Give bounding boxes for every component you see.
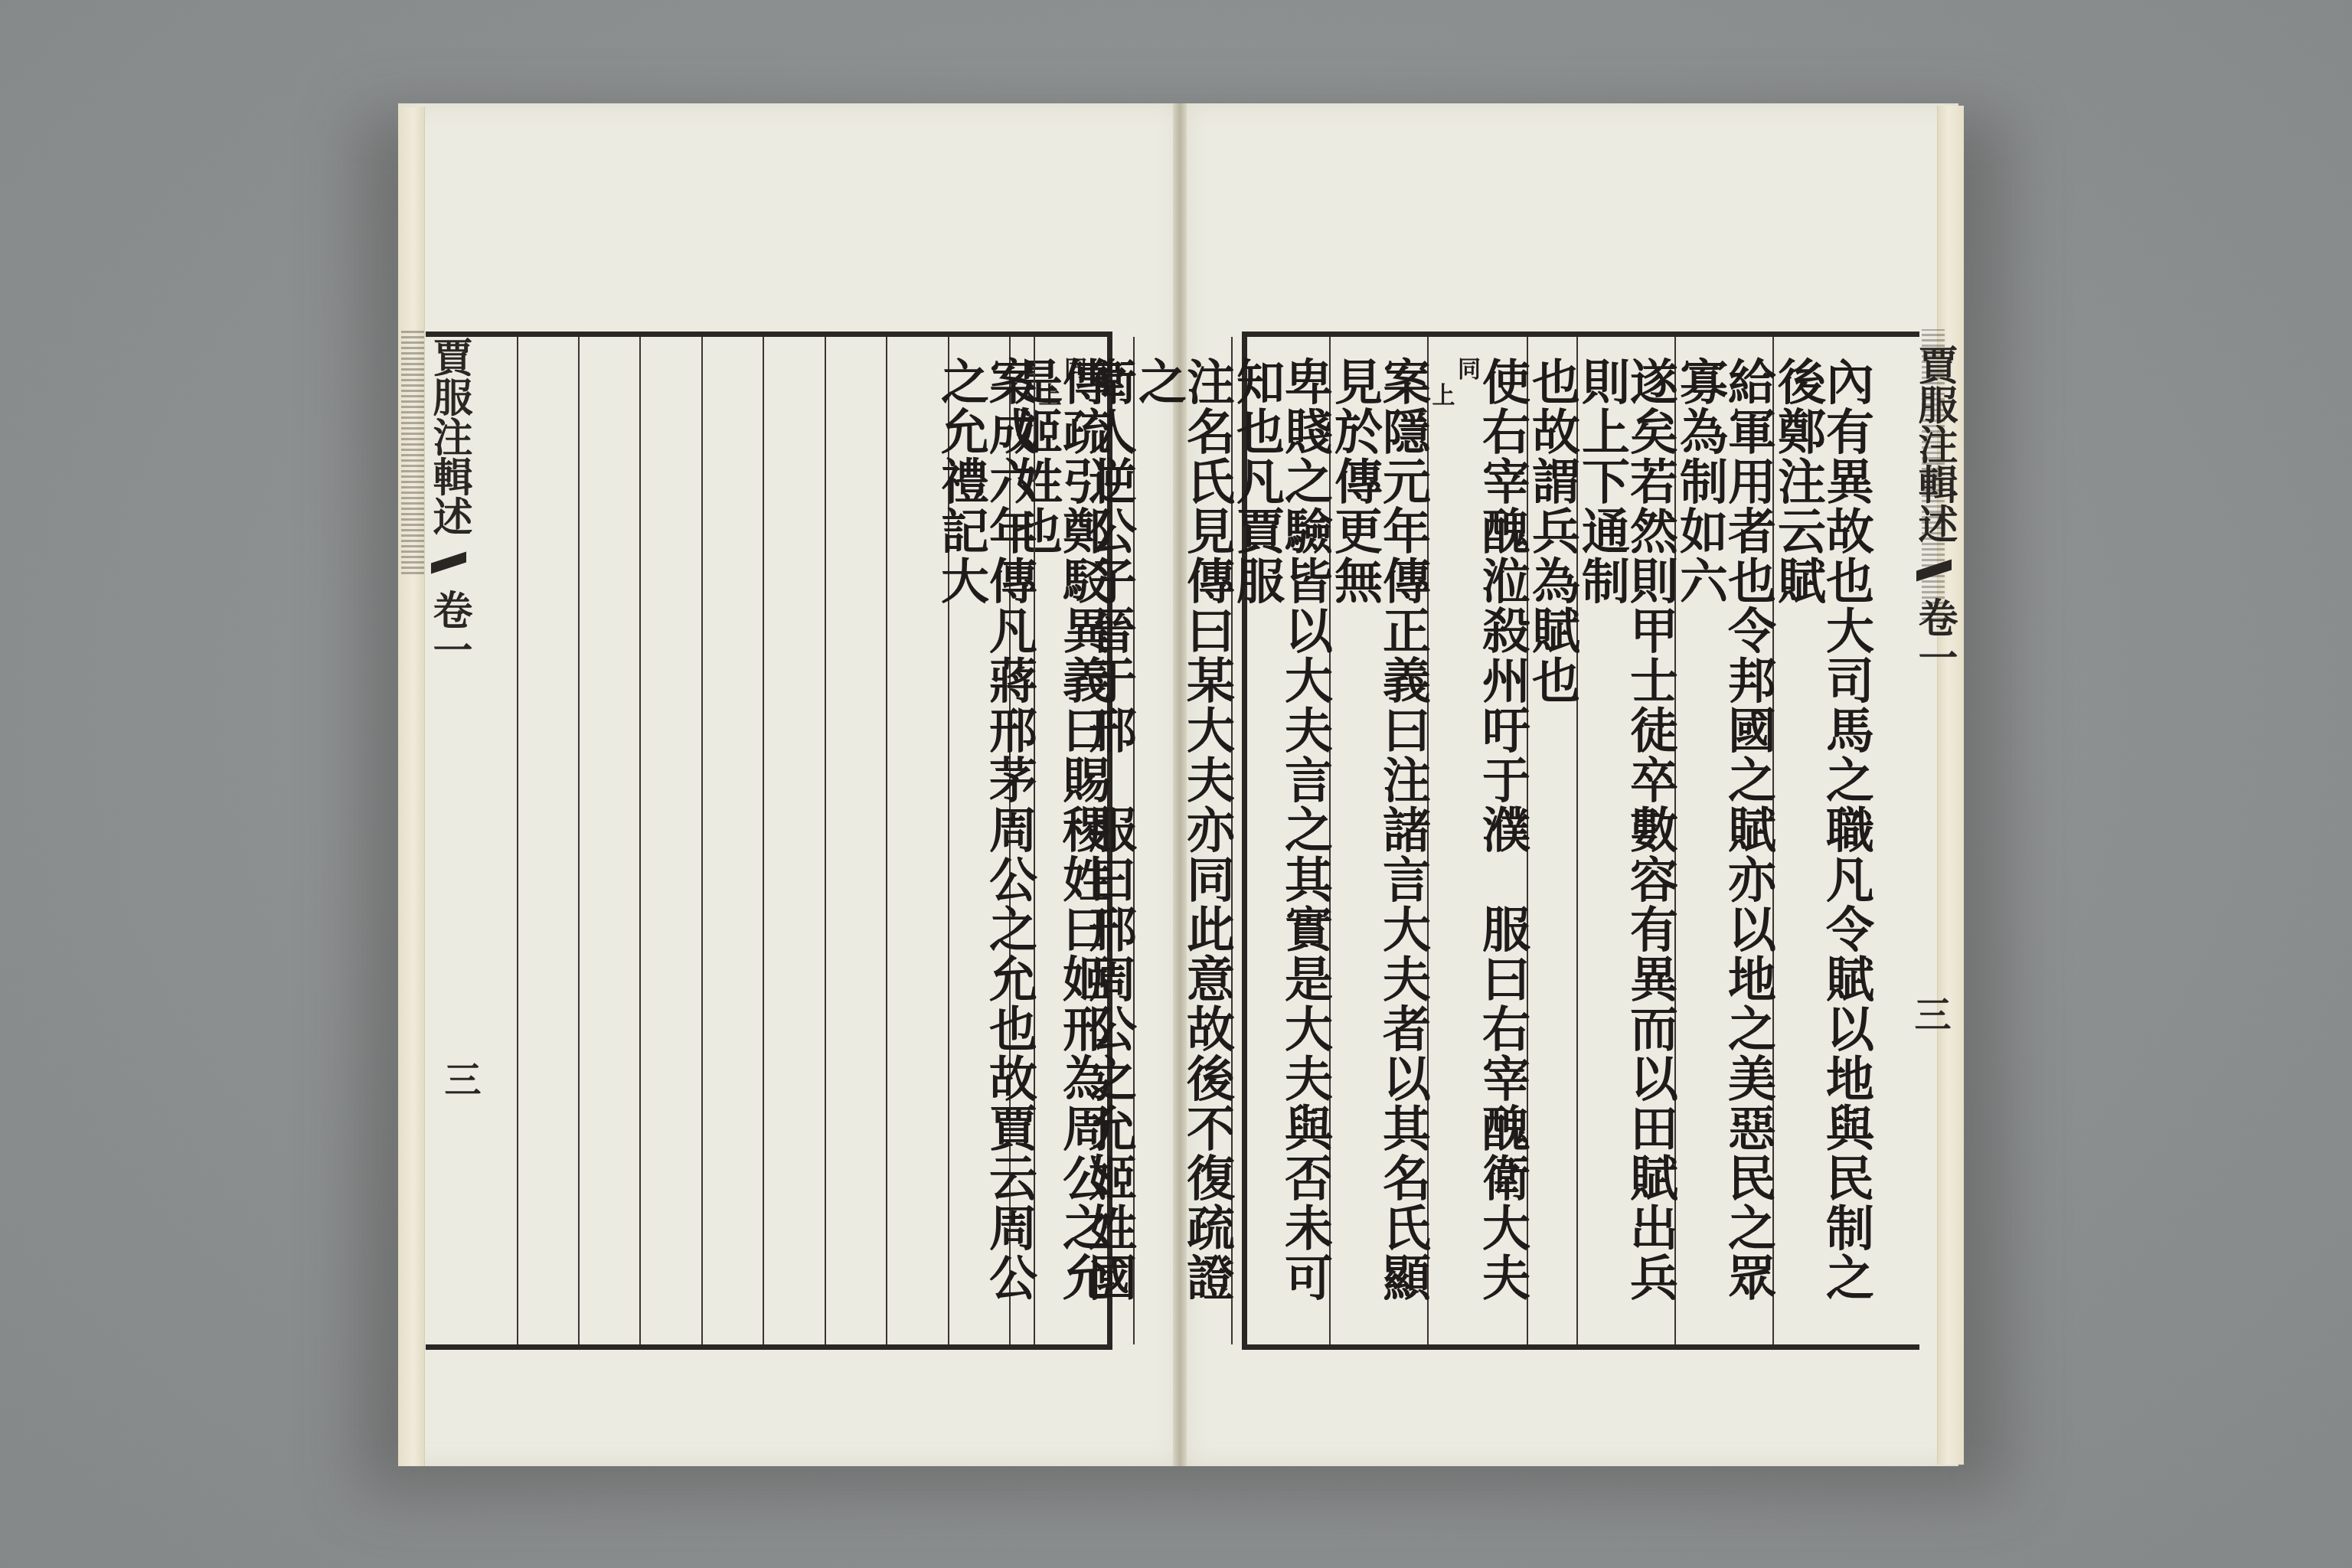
empty-column	[578, 337, 639, 1344]
column-text: 遂矣若然則甲士徒卒數容有異而以田賦出兵則上下通制	[1578, 337, 1674, 1344]
empty-column	[763, 337, 824, 1344]
right-banxin: 賈服注輯述 卷一	[1914, 345, 1954, 677]
text-column: 遂矣若然則甲士徒卒數容有異而以田賦出兵則上下通制	[1576, 337, 1674, 1344]
column-main-text: 使右宰醜涖殺州吁于濮 服曰右宰醜衛大夫	[1475, 357, 1531, 1302]
interlinear-note: 同上	[1035, 357, 1085, 407]
column-text: 內有異故也大司馬之職凡令賦以地與民制之後鄭注云賦	[1774, 337, 1870, 1344]
column-text: 注名氏見傳曰某大夫亦同此意故後不復疏證之	[1135, 337, 1231, 1344]
left-fore-edge	[398, 107, 425, 1466]
left-page-number: 三	[433, 1060, 486, 1097]
text-column: 案隱元年傳正義曰注諸言大夫者以其名氏顯見於傳更無	[1329, 337, 1427, 1344]
text-column: 注名氏見傳曰某大夫亦同此意故後不復疏證之	[1133, 337, 1231, 1344]
empty-column	[825, 337, 886, 1344]
right-page-number: 三	[1903, 995, 1956, 1032]
banxin-ink-smudge	[401, 329, 424, 574]
empty-column	[701, 337, 763, 1344]
column-text: 案隱元年傳正義曰注諸言大夫者以其名氏顯見於傳更無	[1331, 337, 1427, 1344]
column-text: 衛人逆公子晉于邢 服曰邢周公之允姬姓國同上	[1035, 337, 1133, 1344]
text-column: 卑賤之驗皆以大夫言之其實是大夫與否未可知也凡賈服	[1231, 337, 1329, 1344]
text-column: 衛人逆公子晉于邢 服曰邢周公之允姬姓國同上	[1034, 337, 1133, 1344]
column-text: 使右宰醜涖殺州吁于濮 服曰右宰醜衛大夫同上	[1429, 337, 1527, 1344]
fishtail-mark-icon	[431, 552, 466, 574]
note-char: 同	[1455, 357, 1479, 407]
banxin-juan: 卷一	[426, 590, 472, 669]
note-char: 上	[1035, 383, 1060, 407]
column-text: 給軍用者也令邦國之賦亦以地之美惡民之眾寡為制如六	[1676, 337, 1772, 1344]
banxin-juan: 卷一	[1911, 597, 1958, 677]
fishtail-mark-icon	[1916, 560, 1952, 582]
empty-column	[517, 337, 578, 1344]
right-page-printed-frame: 內有異故也大司馬之職凡令賦以地與民制之後鄭注云賦 給軍用者也令邦國之賦亦以地之美…	[1242, 332, 1919, 1350]
column-text: 案成六年傳凡蔣邢茅周公之允也故賈云周公之允禮記大	[937, 337, 1034, 1344]
text-column: 給軍用者也令邦國之賦亦以地之美惡民之眾寡為制如六	[1674, 337, 1772, 1344]
left-banxin: 賈服注輯述 卷一	[429, 337, 469, 669]
text-column: 使右宰醜涖殺州吁于濮 服曰右宰醜衛大夫同上	[1427, 337, 1527, 1344]
text-column: 案成六年傳凡蔣邢茅周公之允也故賈云周公之允禮記大	[937, 337, 1034, 1344]
right-page-columns: 內有異故也大司馬之職凡令賦以地與民制之後鄭注云賦 給軍用者也令邦國之賦亦以地之美…	[1255, 337, 1870, 1344]
banxin-title: 賈服注輯述	[426, 337, 472, 536]
banxin-title: 賈服注輯述	[1911, 345, 1958, 544]
column-main-text: 衛人逆公子晉于邢 服曰邢周公之允姬姓國	[1081, 357, 1138, 1302]
column-text: 卑賤之驗皆以大夫言之其實是大夫與否未可知也凡賈服	[1233, 337, 1329, 1344]
interlinear-note: 同上	[1429, 357, 1478, 407]
column-text: 也故謂兵為賦也	[1528, 337, 1576, 1344]
note-char: 同	[1061, 357, 1086, 407]
text-column: 內有異故也大司馬之職凡令賦以地與民制之後鄭注云賦	[1772, 337, 1870, 1344]
note-char: 上	[1429, 383, 1453, 407]
empty-column	[639, 337, 701, 1344]
right-fore-edge	[1937, 106, 1964, 1465]
text-column: 也故謂兵為賦也	[1527, 337, 1576, 1344]
